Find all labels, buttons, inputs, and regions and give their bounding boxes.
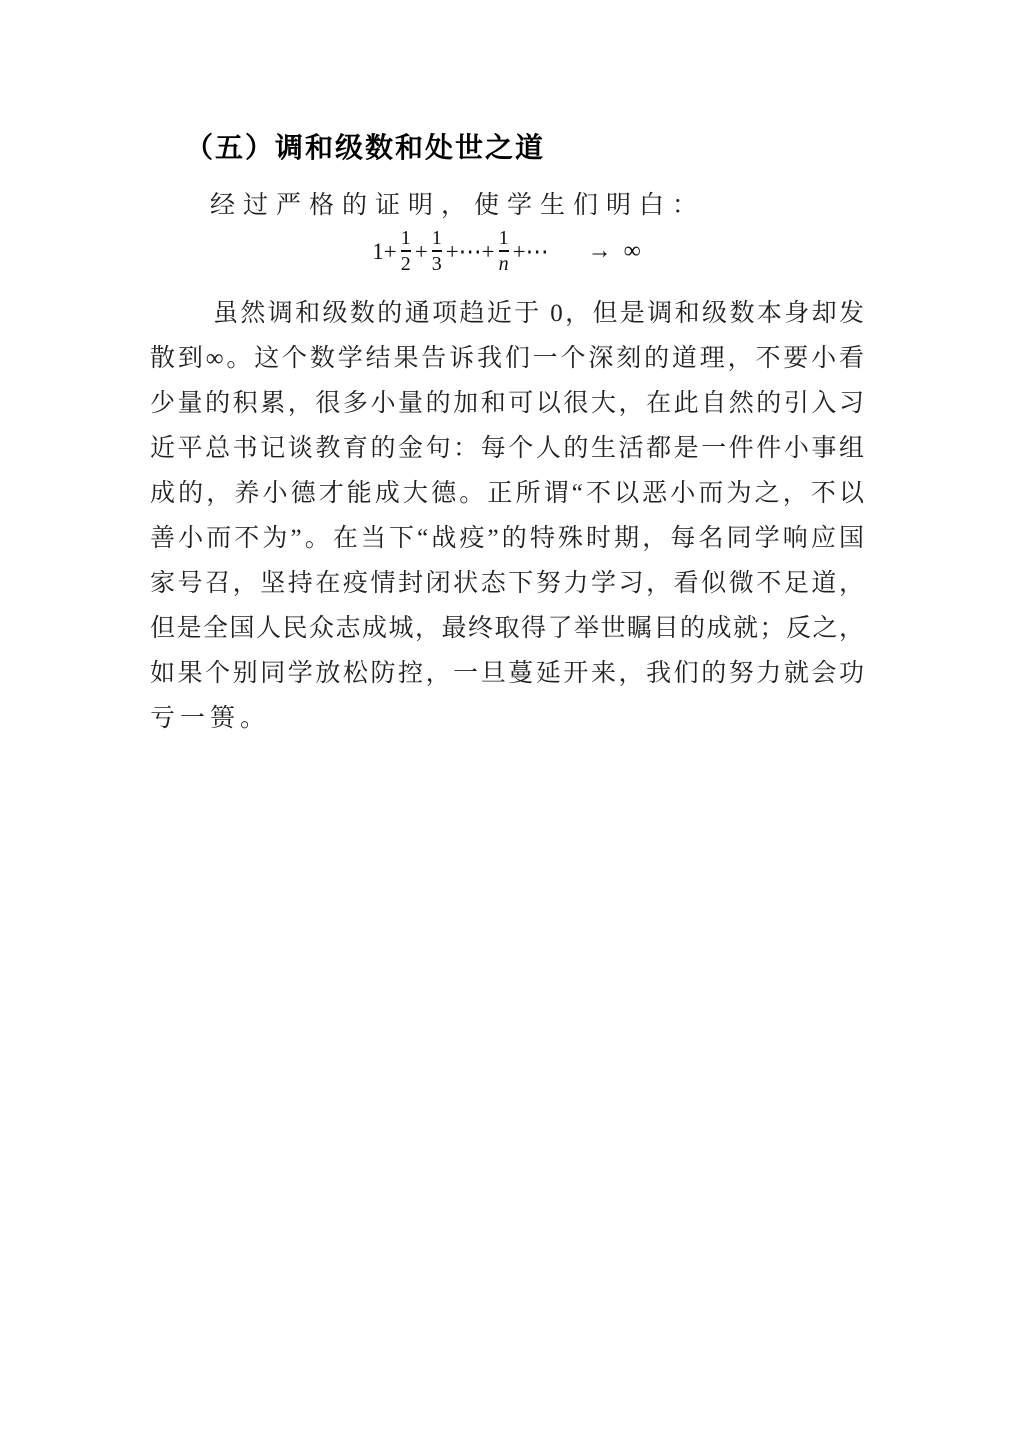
paragraph-line: 如果个别同学放松防控，一旦蔓延开来，我们的努力就会功 — [150, 651, 865, 696]
body-paragraph: 虽然调和级数的通项趋近于 0，但是调和级数本身却发 散到∞。这个数学结果告诉我们… — [150, 291, 865, 741]
paragraph-line: 亏一篑。 — [150, 696, 865, 741]
formula-ellipsis-plus: +⋯+ — [445, 240, 496, 263]
paragraph-line: 成的，养小德才能成大德。正所谓“不以恶小而为之，不以 — [150, 471, 865, 516]
paragraph-line: 家号召，坚持在疫情封闭状态下努力学习，看似微不足道， — [150, 561, 865, 606]
formula-plus: + — [414, 240, 429, 263]
fraction-bar — [499, 250, 509, 252]
harmonic-series-formula: 1+ 1 2 + 1 3 +⋯+ 1 n +⋯ → ∞ — [150, 222, 865, 280]
fraction-bar — [401, 250, 411, 252]
document-page: （五）调和级数和处世之道 经过严格的证明，使学生们明白： 1+ 1 2 + 1 … — [0, 0, 1024, 1448]
formula-plus-ellipsis: +⋯ — [512, 240, 550, 263]
formula-limit-infinity: → ∞ — [588, 239, 644, 263]
paragraph-line: 虽然调和级数的通项趋近于 0，但是调和级数本身却发 — [150, 291, 865, 336]
fraction-one-third: 1 3 — [432, 227, 442, 275]
section-heading: （五）调和级数和处世之道 — [185, 131, 545, 165]
paragraph-line: 近平总书记谈教育的金句：每个人的生活都是一件件小事组 — [150, 426, 865, 471]
paragraph-line: 善小而不为”。在当下“战疫”的特殊时期，每名同学响应国 — [150, 516, 865, 561]
paragraph-line: 少量的积累，很多小量的加和可以很大，在此自然的引入习 — [150, 381, 865, 426]
fraction-bar — [432, 250, 442, 252]
intro-paragraph: 经过严格的证明，使学生们明白： — [150, 190, 865, 222]
paragraph-line: 但是全国人民众志成城，最终取得了举世瞩目的成就；反之， — [150, 606, 865, 651]
fraction-one-half: 1 2 — [401, 227, 411, 275]
paragraph-line: 散到∞。这个数学结果告诉我们一个深刻的道理，不要小看 — [150, 336, 865, 381]
formula-term-one-plus: 1+ — [371, 240, 397, 263]
fraction-one-over-n: 1 n — [499, 227, 509, 275]
